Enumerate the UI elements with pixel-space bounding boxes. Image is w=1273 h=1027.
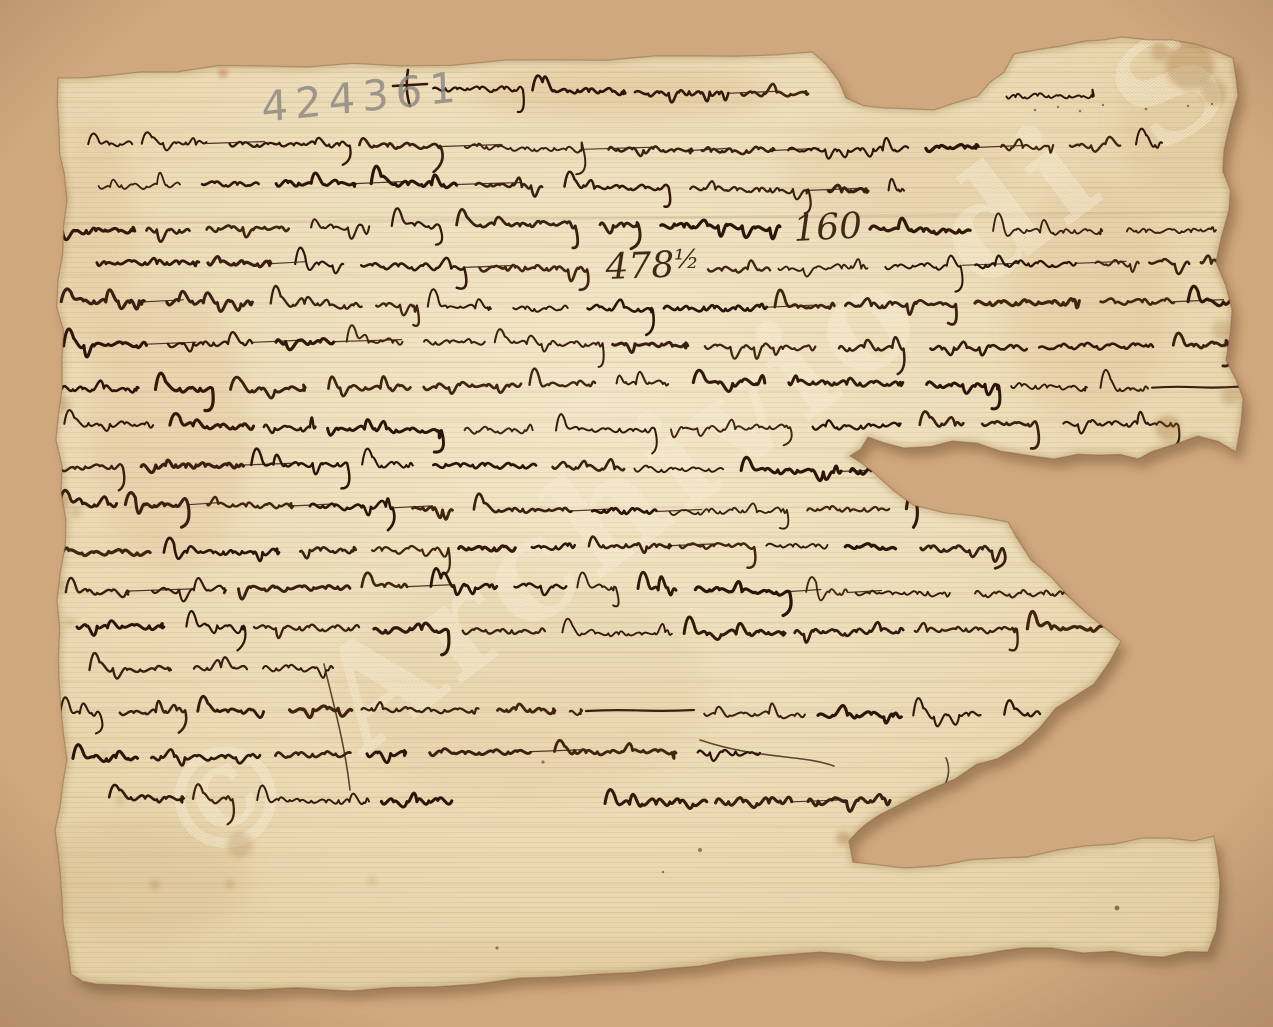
ink-speck xyxy=(1187,105,1189,107)
stain xyxy=(1221,387,1239,405)
stain xyxy=(70,506,82,518)
ink-speck xyxy=(1102,104,1104,106)
stain xyxy=(150,880,160,890)
stain xyxy=(368,877,376,885)
aging-blotch xyxy=(470,66,770,118)
stain xyxy=(219,69,227,77)
ink-numeral: 478 xyxy=(604,245,675,288)
ink-speck xyxy=(1211,103,1213,105)
ink-speck xyxy=(496,947,499,950)
scan-canvas: © Archivio di Stato 160478½ 424361 xyxy=(0,0,1273,1027)
stain xyxy=(1155,415,1181,441)
stain xyxy=(116,796,124,804)
stain xyxy=(102,752,108,758)
stain xyxy=(1201,79,1227,105)
ink-speck xyxy=(541,760,544,763)
manuscript-scan: © Archivio di Stato 160478½ 424361 xyxy=(0,0,1273,1027)
ink-speck xyxy=(1115,906,1120,911)
handwriting-line xyxy=(586,710,694,711)
ink-speck xyxy=(1034,109,1037,112)
stain xyxy=(65,617,75,627)
stain xyxy=(226,880,234,888)
ink-numeral: ½ xyxy=(674,245,699,275)
ink-numeral: 160 xyxy=(792,205,863,250)
stain xyxy=(836,831,850,845)
ink-speck xyxy=(1057,106,1059,108)
ink-speck xyxy=(1145,108,1148,111)
ink-speck xyxy=(1079,110,1082,113)
ink-speck xyxy=(662,871,665,874)
stain xyxy=(227,832,253,858)
ink-speck xyxy=(698,848,702,852)
stain xyxy=(1151,43,1169,61)
handwriting-line xyxy=(1152,387,1238,388)
